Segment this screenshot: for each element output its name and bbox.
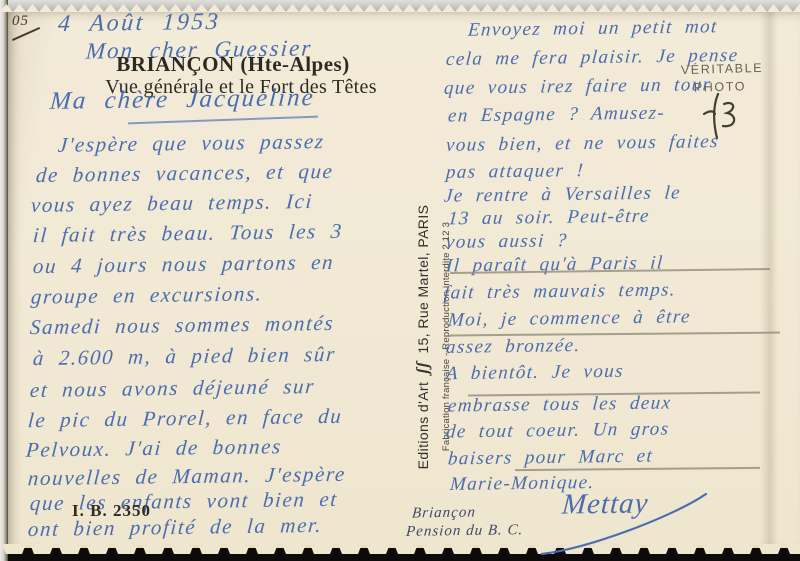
publisher-address: 15, Rue Martel, PARIS: [415, 205, 431, 354]
scanner-background-left: [0, 0, 8, 561]
printed-title: BRIANÇON (Hte-Alpes): [116, 52, 349, 77]
message-line: à 2.600 m, à pied bien sûr: [32, 342, 337, 371]
printed-reference: I. B. 2350: [72, 501, 151, 521]
message-line: Je rentre à Versailles le: [443, 182, 682, 207]
message-line: embrasse tous les deux: [447, 392, 672, 417]
message-line: ou 4 jours nous partons en: [32, 250, 335, 279]
message-line: vous bien, et ne vous faites: [445, 131, 719, 157]
message-line: A bientôt. Je vous: [445, 361, 625, 386]
salutation-line-2: Ma chère Jacqueline: [49, 84, 316, 116]
message-line: J'espère que vous passez: [57, 129, 325, 158]
message-line: en Espagne ? Amusez-: [447, 102, 666, 127]
message-line: Il paraît qu'à Paris il: [445, 252, 664, 277]
message-line: Samedi nous sommes montés: [29, 311, 335, 340]
message-line: et nous avons déjeuné sur: [29, 374, 316, 403]
signature-flourish: [528, 486, 718, 560]
message-line: il fait très beau. Tous les 3: [32, 219, 344, 248]
message-line: vous aussi ?: [445, 230, 568, 254]
message-line: assez bronzée.: [445, 335, 581, 359]
message-line: vous ayez beau temps. Ici: [30, 189, 314, 218]
publisher-imprint-line: Editions d'Artʃʃ15, Rue Martel, PARIS: [413, 162, 431, 512]
message-line: fait très mauvais temps.: [443, 279, 677, 304]
paper-crease-shadow: [760, 11, 778, 548]
message-line: cela me fera plaisir. Je pense: [445, 45, 739, 71]
postcard-date: 4 Août 1953: [57, 9, 221, 38]
publisher-name: Editions d'Art: [415, 382, 431, 470]
postcard-scan: 05 4 Août 1953 Mon cher Guessier BRIANÇO…: [0, 0, 800, 561]
message-line: 13 au soir. Peut-être: [447, 206, 650, 231]
footer-note-line-1: Briançon: [411, 505, 476, 523]
message-line: de bonnes vacances, et que: [35, 159, 334, 188]
message-line: de tout coeur. Un gros: [445, 418, 670, 443]
message-line: Moi, je commence à être: [447, 306, 691, 331]
publisher-paraph-icon: ʃʃ: [413, 354, 432, 382]
footer-note-line-2: Pension du B. C.: [405, 522, 523, 541]
message-line: que vous irez faire un tour: [443, 74, 712, 100]
message-line: Pelvoux. J'ai de bonnes: [25, 434, 283, 463]
message-line: baisers pour Marc et: [447, 446, 654, 471]
corner-number: 05: [12, 13, 29, 30]
message-line: pas attaquer !: [445, 160, 585, 184]
message-line: le pic du Prorel, en face du: [27, 404, 343, 433]
message-line: Envoyez moi un petit mot: [467, 16, 718, 42]
message-line: groupe en excursions.: [30, 281, 264, 309]
